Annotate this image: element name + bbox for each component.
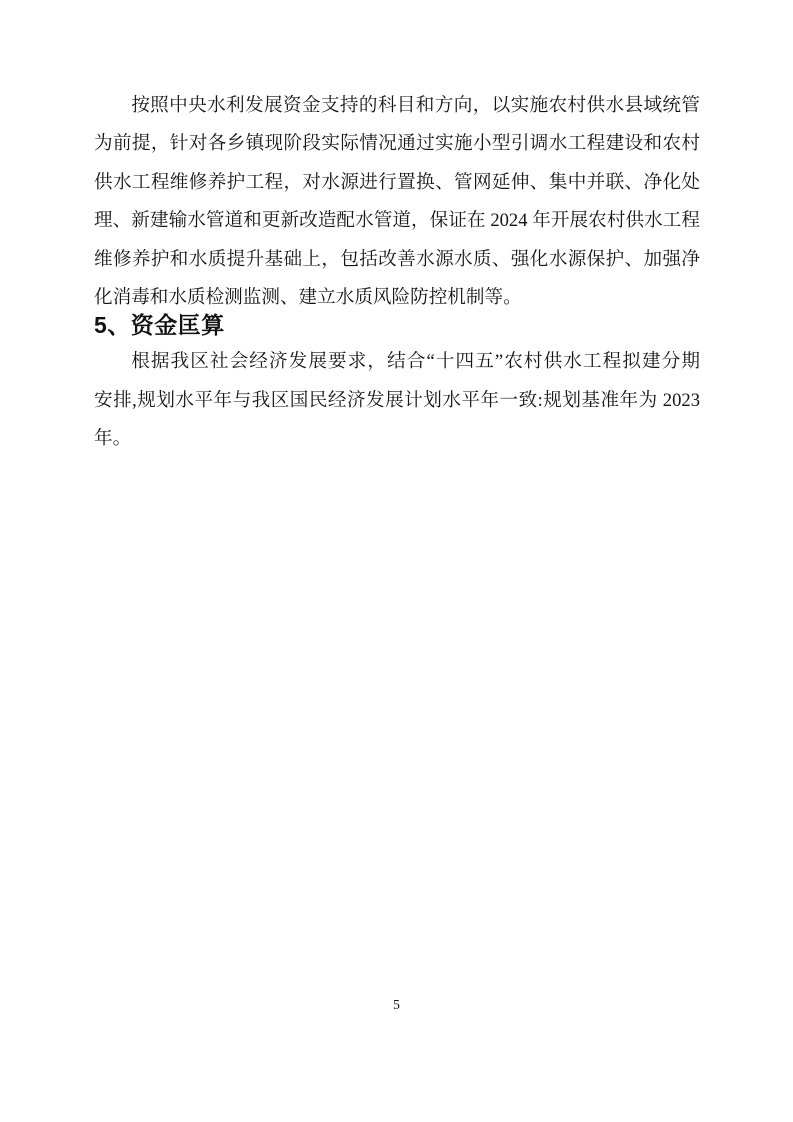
text-line: 安排,规划水平年与我区国民经济发展计划水平年一致:规划基准年为 2023 [94, 382, 700, 420]
text-line: 年。 [94, 420, 700, 458]
text-line: 维修养护和水质提升基础上，包括改善水源水质、强化水源保护、加强净 [94, 241, 700, 279]
text-line: 根据我区社会经济发展要求，结合“十四五”农村供水工程拟建分期 [94, 343, 700, 381]
document-page: 按照中央水利发展资金支持的科目和方向，以实施农村供水县域统管 为前提，针对各乡镇… [0, 0, 793, 1122]
text-line: 理、新建输水管道和更新改造配水管道，保证在 2024 年开展农村供水工程 [94, 202, 700, 240]
page-content: 按照中央水利发展资金支持的科目和方向，以实施农村供水县域统管 为前提，针对各乡镇… [94, 87, 700, 459]
paragraph-planning-horizon: 根据我区社会经济发展要求，结合“十四五”农村供水工程拟建分期 安排,规划水平年与… [94, 343, 700, 458]
page-number: 5 [0, 997, 793, 1013]
text-line: 按照中央水利发展资金支持的科目和方向，以实施农村供水县域统管 [94, 87, 700, 125]
paragraph-funding-direction: 按照中央水利发展资金支持的科目和方向，以实施农村供水县域统管 为前提，针对各乡镇… [94, 87, 700, 317]
text-line: 供水工程维修养护工程，对水源进行置换、管网延伸、集中并联、净化处 [94, 164, 700, 202]
text-line: 为前提，针对各乡镇现阶段实际情况通过实施小型引调水工程建设和农村 [94, 125, 700, 163]
